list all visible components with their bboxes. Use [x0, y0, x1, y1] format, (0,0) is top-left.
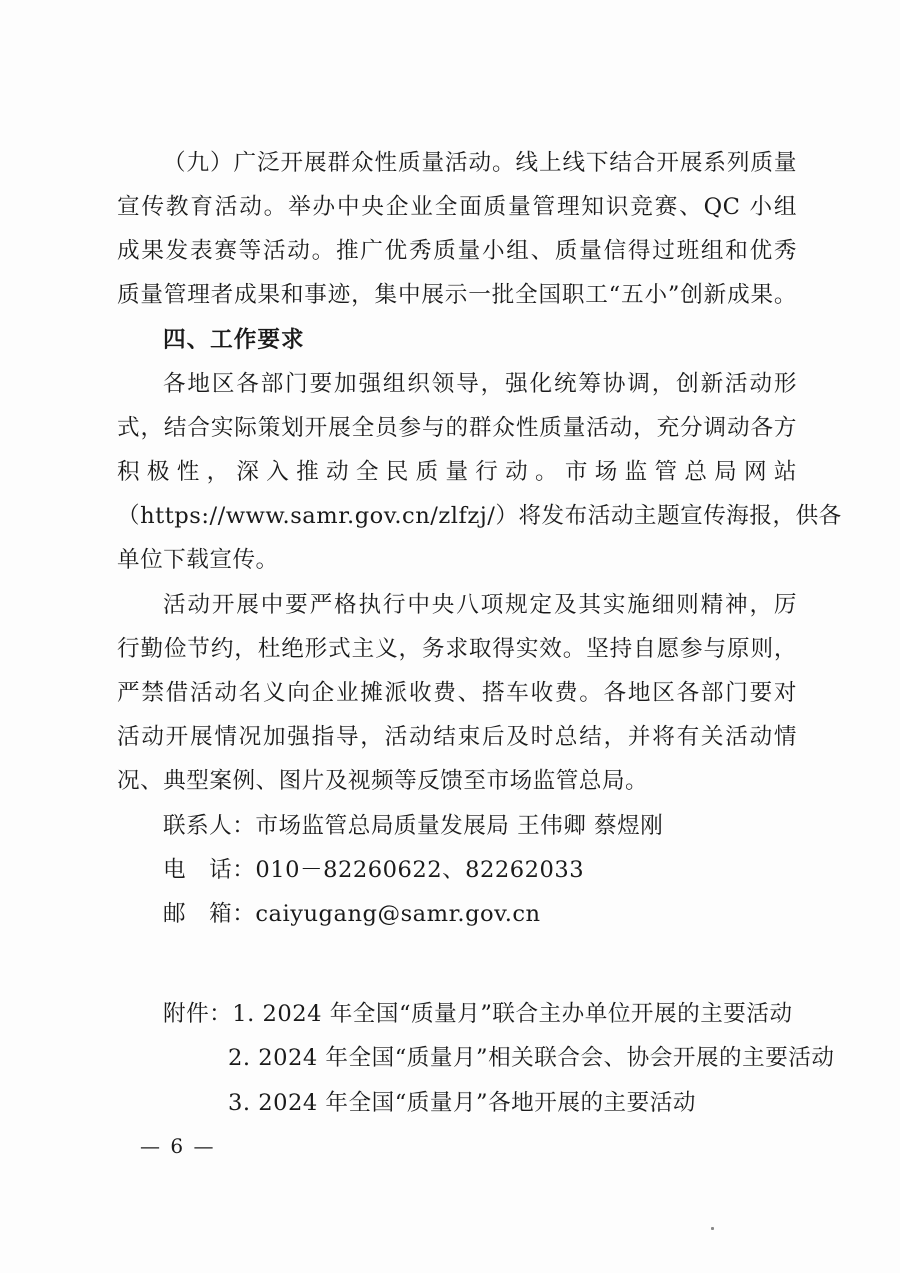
contact-phone-label: 电 话：: [163, 855, 255, 885]
attachment-item-1-text: 1. 2024 年全国“质量月”联合主办单位开展的主要活动: [232, 1001, 792, 1027]
document-page: （九）广泛开展群众性质量活动。线上线下结合开展系列质量 宣传教育活动。举办中央企…: [0, 0, 900, 1273]
attachment-item-2: 2. 2024 年全国“质量月”相关联合会、协会开展的主要活动: [228, 1043, 797, 1073]
para2-line-1: 活动开展中要严格执行中央八项规定及其实施细则精神，厉: [163, 590, 797, 620]
contact-person-label: 联系人：: [163, 811, 255, 841]
section-nine-line-3: 成果发表赛等活动。推广优秀质量小组、质量信得过班组和优秀: [117, 236, 797, 266]
contact-email-label: 邮 箱：: [163, 899, 255, 929]
para1-line-4-url: （https://www.samr.gov.cn/zlfzj/）将发布活动主题宣…: [117, 501, 797, 531]
scan-artifact: [711, 1227, 714, 1230]
contact-phone-value: 010－82260622、82262033: [255, 857, 584, 883]
para2-line-4: 活动开展情况加强指导，活动结束后及时总结，并将有关活动情: [117, 722, 797, 752]
contact-email-link[interactable]: caiyugang@samr.gov.cn: [255, 901, 540, 927]
section-nine-line-4: 质量管理者成果和事迹，集中展示一批全国职工“五小”创新成果。: [117, 280, 797, 310]
section-nine-line-1: （九）广泛开展群众性质量活动。线上线下结合开展系列质量: [163, 148, 797, 178]
attachment-item-3: 3. 2024 年全国“质量月”各地开展的主要活动: [228, 1088, 797, 1118]
attachment-item-1: 附件：1. 2024 年全国“质量月”联合主办单位开展的主要活动: [163, 999, 843, 1029]
para1-line-5: 单位下载宣传。: [117, 545, 797, 575]
para2-line-2: 行勤俭节约，杜绝形式主义，务求取得实效。坚持自愿参与原则，: [117, 634, 797, 664]
para2-line-5: 况、典型案例、图片及视频等反馈至市场监管总局。: [117, 766, 797, 796]
para1-line-1: 各地区各部门要加强组织领导，强化统筹协调，创新活动形: [163, 369, 797, 399]
section-nine-line-2: 宣传教育活动。举办中央企业全面质量管理知识竞赛、QC 小组: [117, 192, 797, 222]
section-heading: 四、工作要求: [163, 325, 797, 355]
attachments-label: 附件：: [163, 1001, 232, 1027]
contact-person-value: 市场监管总局质量发展局 王伟卿 蔡煜刚: [255, 813, 663, 839]
page-number: — 6 —: [140, 1133, 215, 1159]
para1-line-2: 式，结合实际策划开展全员参与的群众性质量活动，充分调动各方: [117, 413, 797, 443]
contact-phone: 电 话：010－82260622、82262033: [163, 855, 797, 885]
contact-email: 邮 箱：caiyugang@samr.gov.cn: [163, 899, 797, 929]
contact-person: 联系人：市场监管总局质量发展局 王伟卿 蔡煜刚: [163, 811, 797, 841]
para1-line-3: 积极性，深入推动全民质量行动。市场监管总局网站: [117, 457, 797, 487]
para2-line-3: 严禁借活动名义向企业摊派收费、搭车收费。各地区各部门要对: [117, 678, 797, 708]
